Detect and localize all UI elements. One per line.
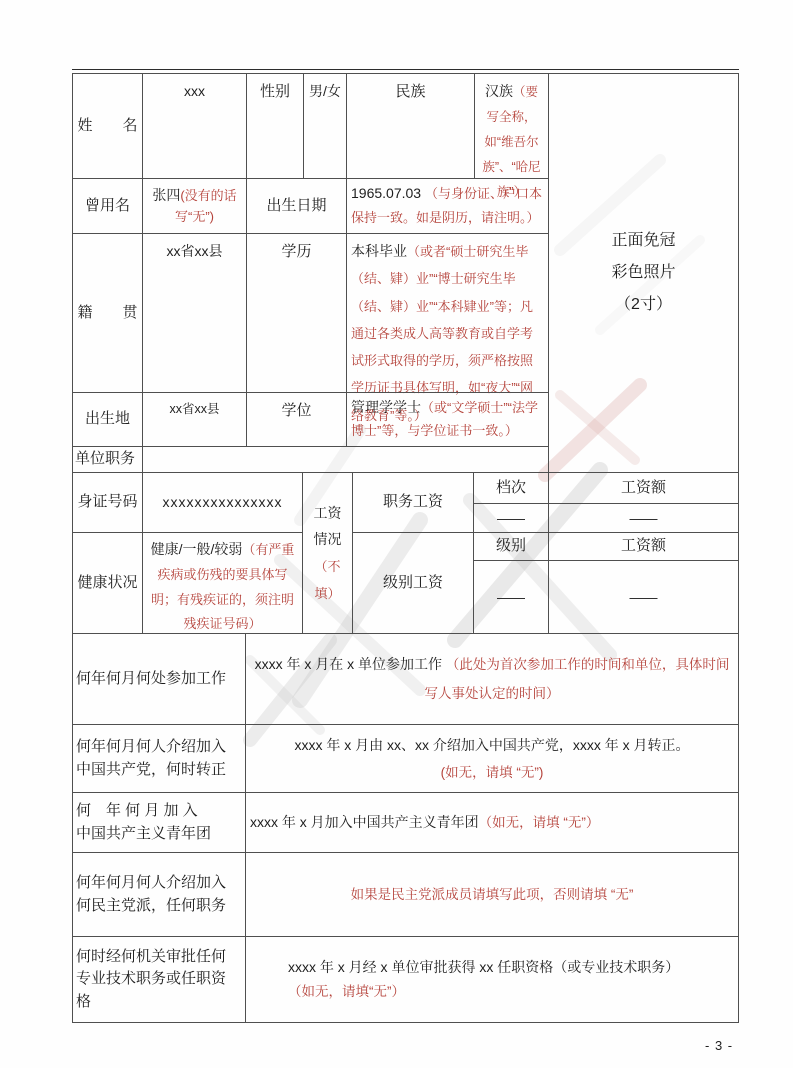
- democratic-party-value: 如果是民主党派成员请填写此项，否则请填 “无”: [245, 852, 739, 937]
- salary-info-label: 工资情况（不填）: [302, 472, 353, 634]
- ethnic-label: 民族: [346, 73, 475, 179]
- work-start-label: 何年何月何处参加工作: [72, 633, 246, 725]
- birth-place-value: xx省xx县: [142, 392, 247, 447]
- level-grade-header: 级别: [473, 532, 549, 561]
- page-number: - 3 -: [705, 1038, 733, 1053]
- degree-label: 学位: [246, 392, 347, 447]
- unit-position-label: 单位职务: [72, 446, 143, 473]
- id-number-label: 身证号码: [72, 472, 143, 533]
- work-start-value: xxxx 年 x 月在 x 单位参加工作 （此处为首次参加工作的时间和单位，具体…: [245, 633, 739, 725]
- professional-title-value: xxxx 年 x 月经 x 单位审批获得 xx 任职资格（或专业技术职务）（如无…: [245, 936, 739, 1023]
- duty-salary-label: 职务工资: [352, 472, 474, 533]
- birth-date-value: 1965.07.03 （与身份证、户口本保持一致。如是阴历，请注明。）: [346, 178, 549, 234]
- duty-amount-header: 工资额: [548, 472, 739, 504]
- democratic-party-label: 何年何月何人介绍加入 何民主党派，任何职务: [72, 852, 246, 937]
- native-place-value: xx省xx县: [142, 233, 247, 393]
- level-salary-label: 级别工资: [352, 532, 474, 634]
- duty-amount-value: ——: [548, 503, 739, 533]
- party-join-value: xxxx 年 x 月由 xx、xx 介绍加入中国共产党，xxxx 年 x 月转正…: [245, 724, 739, 793]
- health-label: 健康状况: [72, 532, 143, 634]
- gender-label: 性别: [246, 73, 304, 179]
- name-label: 姓 名: [72, 73, 143, 179]
- level-amount-header: 工资额: [548, 532, 739, 561]
- unit-position-value: [142, 446, 549, 473]
- former-name-value: 张四(没有的话写“无”): [142, 178, 247, 234]
- form-page: 姓 名 xxx 性别 男/女 民族 汉族（要写全称，如“维吾尔族”、“哈尼族”）…: [0, 0, 793, 1068]
- degree-value: 管理学学士（或“文学硕士”“法学博士”等，与学位证书一致。）: [346, 392, 549, 447]
- party-join-label: 何年何月何人介绍加入 中国共产党，何时转正: [72, 724, 246, 793]
- id-number-value: xxxxxxxxxxxxxxx: [142, 472, 303, 533]
- professional-title-label: 何时经何机关审批任何 专业技术职务或任职资 格: [72, 936, 246, 1023]
- league-join-value: xxxx 年 x 月加入中国共产主义青年团（如无，请填 “无”）: [245, 792, 739, 853]
- level-grade-value: ——: [473, 560, 549, 634]
- health-value: 健康/一般/较弱（有严重疾病或伤残的要具体写明；有残疾证的，须注明残疾证号码）: [142, 532, 303, 634]
- birth-place-label: 出生地: [72, 392, 143, 447]
- birth-date-label: 出生日期: [246, 178, 347, 234]
- ethnic-value: 汉族（要写全称，如“维吾尔族”、“哈尼族”）: [474, 73, 549, 179]
- education-value: 本科毕业（或者“硕士研究生毕（结、肄）业”“博士研究生毕（结、肄）业”“本科肄业…: [346, 233, 549, 393]
- name-value: xxx: [142, 73, 247, 179]
- gender-value: 男/女: [303, 73, 347, 179]
- duty-grade-value: ——: [473, 503, 549, 533]
- native-place-label: 籍 贯: [72, 233, 143, 393]
- photo-placeholder: 正面免冠 彩色照片 （2寸）: [548, 73, 739, 473]
- league-join-label: 何 年 何 月 加 入 中国共产主义青年团: [72, 792, 246, 853]
- education-label: 学历: [246, 233, 347, 393]
- former-name-label: 曾用名: [72, 178, 143, 234]
- duty-grade-header: 档次: [473, 472, 549, 504]
- level-amount-value: ——: [548, 560, 739, 634]
